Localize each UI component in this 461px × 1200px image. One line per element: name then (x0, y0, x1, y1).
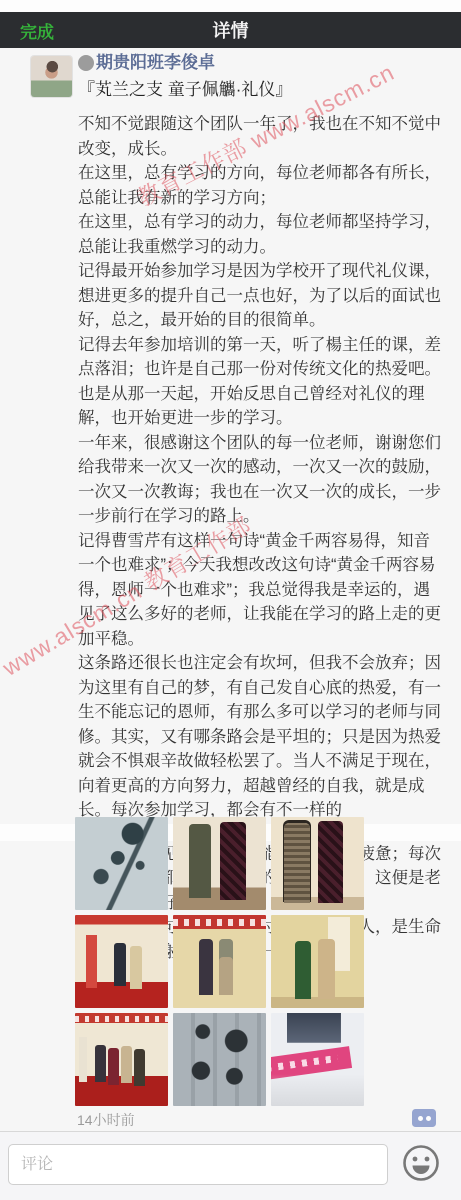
post-paragraph: 记得去年参加培训的第一天，听了楊主任的课，差点落泪；也许是自己那一份对传统文化的… (78, 333, 442, 431)
post-paragraph: 记得曹雪芹有这样一句诗“黄金千两容易得，知音一个也难求”；今天我想改改这句诗“黄… (78, 529, 442, 652)
dot-icon (418, 1116, 423, 1121)
dot-icon (426, 1116, 431, 1121)
moments-detail-page: 完成 详情 期贵阳班李俊卓 『芄兰之支 童子佩觿·礼仪』 不知不觉跟随这个团队一… (0, 0, 461, 1200)
emoji-button[interactable] (401, 1143, 441, 1183)
status-bar (0, 0, 461, 12)
photo-thumbnail[interactable] (173, 915, 266, 1008)
author-dot-icon (78, 55, 94, 71)
photo-thumbnail[interactable] (271, 1013, 364, 1106)
photo-thumbnail[interactable] (75, 915, 168, 1008)
photo-thumbnail[interactable] (75, 817, 168, 910)
photo-thumbnail[interactable] (271, 817, 364, 910)
post-subtitle: 『芄兰之支 童子佩觿·礼仪』 (78, 79, 440, 101)
photo-thumbnail[interactable] (75, 1013, 168, 1106)
nav-bar: 完成 详情 (0, 12, 461, 48)
comment-bar (0, 1131, 461, 1200)
photo-thumbnail[interactable] (271, 915, 364, 1008)
post-paragraph: 在这里，总有学习的方向，每位老师都各有所长，总能让我有新的学习方向； (78, 161, 442, 210)
post-timestamp: 14小时前 (77, 1110, 135, 1130)
photo-thumbnail[interactable] (173, 817, 266, 910)
like-comment-menu-button[interactable] (412, 1109, 436, 1127)
post-paragraph: 记得最开始参加学习是因为学校开了现代礼仪课，想进更多的提升自己一点也好，为了以后… (78, 259, 442, 333)
done-button[interactable]: 完成 (20, 18, 54, 43)
post-paragraph: 一年来，很感谢这个团队的每一位老师，谢谢您们给我带来一次又一次的感动，一次又一次… (78, 431, 442, 529)
author-avatar[interactable] (31, 56, 72, 97)
post-paragraph: 不知不觉跟随这个团队一年了，我也在不知不觉中改变，成长。 (78, 112, 442, 161)
post-paragraph: 在这里，总有学习的动力，每位老师都坚持学习，总能让我重燃学习的动力。 (78, 210, 442, 259)
author-row: 期贵阳班李俊卓 (78, 53, 438, 73)
author-name[interactable]: 期贵阳班李俊卓 (96, 53, 215, 73)
post-paragraph: 这条路还很长也注定会有坎坷，但我不会放弃；因为这里有自己的梦，有自己发自心底的热… (78, 651, 442, 823)
photo-thumbnail[interactable] (173, 1013, 266, 1106)
page-title: 详情 (0, 17, 461, 43)
comment-input[interactable] (8, 1144, 388, 1185)
